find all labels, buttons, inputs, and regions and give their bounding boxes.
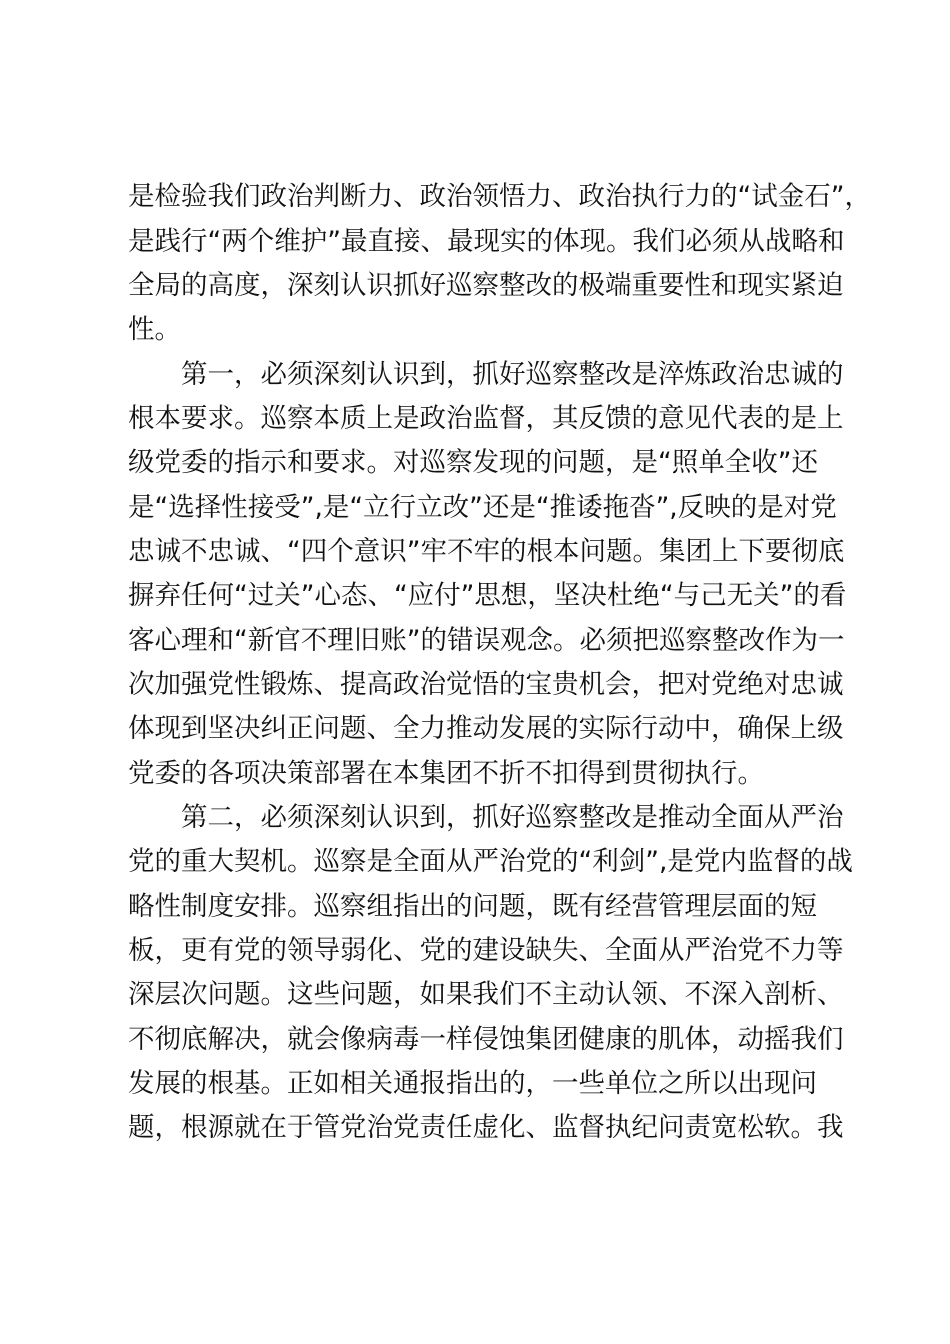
- paragraph-start: 第二，必须深刻认识到，抓好巡察整改是推动全面从严治: [128, 798, 848, 838]
- text-line: 忠诚不忠诚、“四个意识”牢不牢的根本问题。集团上下要彻底: [128, 532, 848, 572]
- document-page: 是检验我们政治判断力、政治领悟力、政治执行力的“试金石”， 是践行“两个维护”最…: [0, 0, 950, 1344]
- text-line: 客心理和“新官不理旧账”的错误观念。必须把巡察整改作为一: [128, 621, 848, 661]
- text-line: 是“选择性接受”,是“立行立改”还是“推诿拖沓”,反映的是对党: [128, 488, 848, 528]
- text-line: 全局的高度，深刻认识抓好巡察整改的极端重要性和现实紧迫: [128, 266, 848, 306]
- text-line: 深层次问题。这些问题，如果我们不主动认领、不深入剖析、: [128, 975, 848, 1015]
- text-line: 次加强党性锻炼、提高政治觉悟的宝贵机会，把对党绝对忠诚: [128, 665, 848, 705]
- text-line: 略性制度安排。巡察组指出的问题，既有经营管理层面的短: [128, 887, 848, 927]
- text-line: 性。: [128, 310, 848, 350]
- text-line: 党的重大契机。巡察是全面从严治党的“利剑”,是党内监督的战: [128, 842, 848, 882]
- text-line: 不彻底解决，就会像病毒一样侵蚀集团健康的肌体，动摇我们: [128, 1020, 848, 1060]
- text-line: 发展的根基。正如相关通报指出的，一些单位之所以出现问: [128, 1064, 848, 1104]
- text-line: 根本要求。巡察本质上是政治监督，其反馈的意见代表的是上: [128, 399, 848, 439]
- text-line: 板，更有党的领导弱化、党的建设缺失、全面从严治党不力等: [128, 931, 848, 971]
- text-line: 是践行“两个维护”最直接、最现实的体现。我们必须从战略和: [128, 222, 848, 262]
- text-line: 体现到坚决纠正问题、全力推动发展的实际行动中，确保上级: [128, 709, 848, 749]
- text-line: 是检验我们政治判断力、政治领悟力、政治执行力的“试金石”，: [128, 177, 848, 217]
- text-line: 级党委的指示和要求。对巡察发现的问题，是“照单全收”还: [128, 443, 848, 483]
- text-line: 题，根源就在于管党治党责任虚化、监督执纪问责宽松软。我: [128, 1108, 848, 1148]
- text-line: 党委的各项决策部署在本集团不折不扣得到贯彻执行。: [128, 754, 848, 794]
- paragraph-start: 第一，必须深刻认识到，抓好巡察整改是淬炼政治忠诚的: [128, 355, 848, 395]
- text-line: 摒弃任何“过关”心态、“应付”思想，坚决杜绝“与己无关”的看: [128, 576, 848, 616]
